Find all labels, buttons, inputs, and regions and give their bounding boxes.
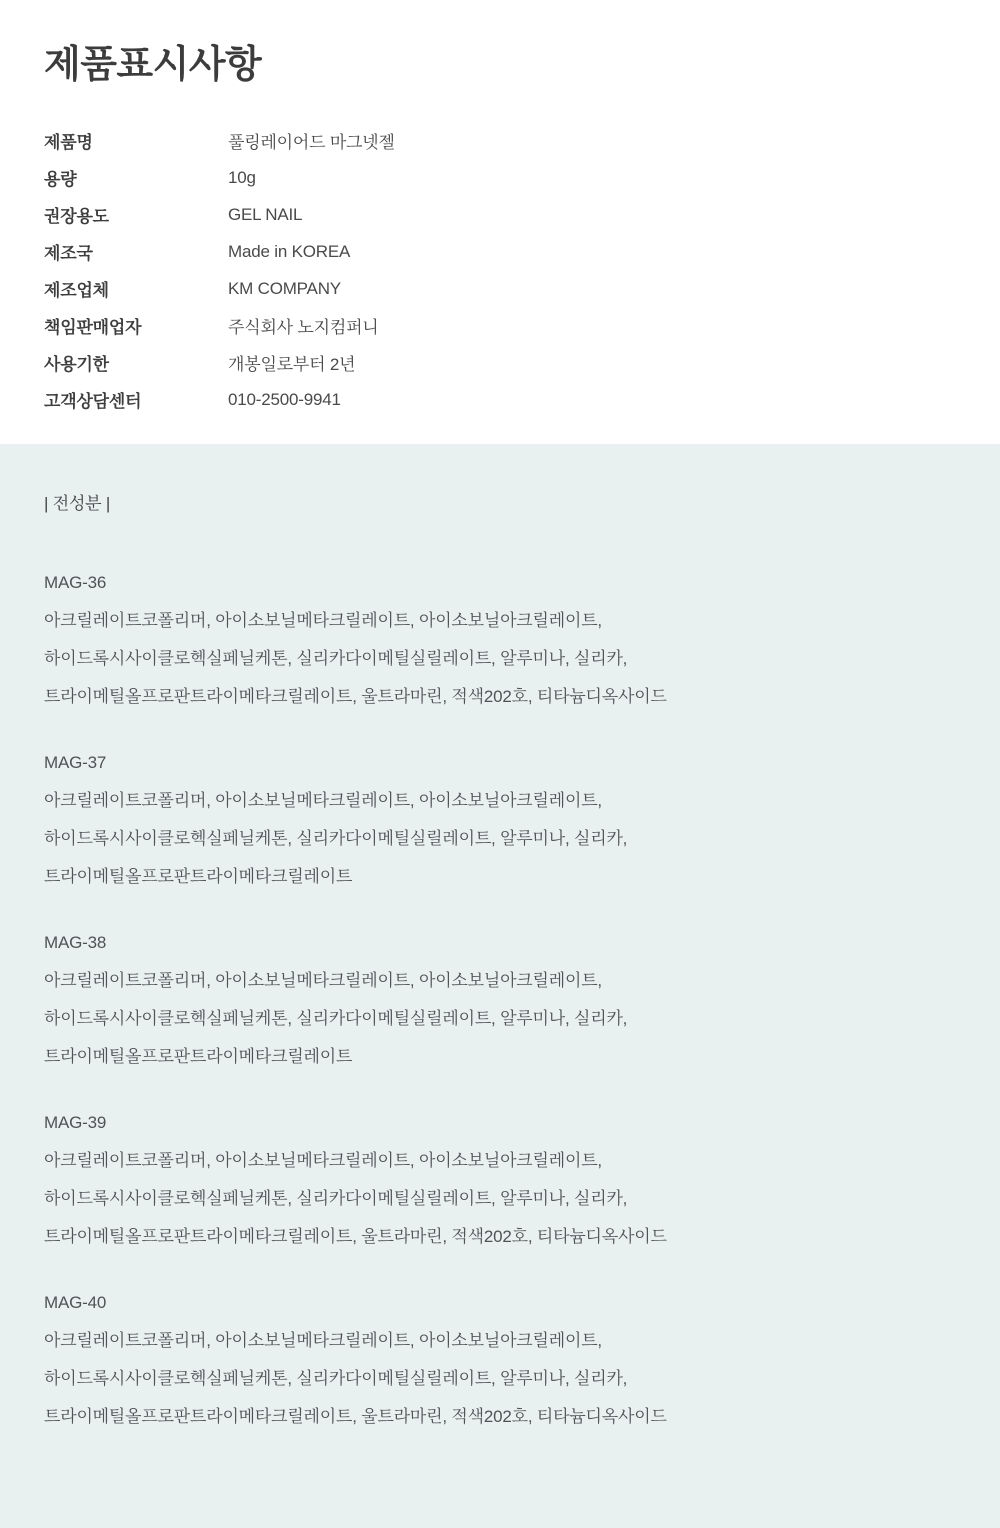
product-spec-table: 제품명 풀링레이어드 마그넷젤 용량 10g 권장용도 GEL NAIL 제조국… (44, 122, 956, 418)
ingredient-line: 트라이메틸올프로판트라이메타크릴레이트, 울트라마린, 적색202호, 티타늄디… (44, 678, 956, 716)
spec-label: 사용기한 (44, 350, 228, 375)
ingredient-group-name: MAG-38 (44, 924, 956, 962)
product-detail-page: 제품표시사항 제품명 풀링레이어드 마그넷젤 용량 10g 권장용도 GEL N… (0, 0, 1000, 1528)
spec-label: 용량 (44, 165, 228, 190)
ingredient-group-mag-38: MAG-38 아크릴레이트코폴리머, 아이소보닐메타크릴레이트, 아이소보닐아크… (44, 924, 956, 1076)
ingredient-line: 아크릴레이트코폴리머, 아이소보닐메타크릴레이트, 아이소보닐아크릴레이트, (44, 1142, 956, 1180)
ingredient-group-mag-37: MAG-37 아크릴레이트코폴리머, 아이소보닐메타크릴레이트, 아이소보닐아크… (44, 744, 956, 896)
spec-row-product-name: 제품명 풀링레이어드 마그넷젤 (44, 122, 956, 159)
spec-row-volume: 용량 10g (44, 159, 956, 196)
ingredient-line: 아크릴레이트코폴리머, 아이소보닐메타크릴레이트, 아이소보닐아크릴레이트, (44, 782, 956, 820)
spec-value: 10g (228, 168, 256, 188)
spec-row-recommended-use: 권장용도 GEL NAIL (44, 196, 956, 233)
ingredient-line: 아크릴레이트코폴리머, 아이소보닐메타크릴레이트, 아이소보닐아크릴레이트, (44, 1322, 956, 1360)
ingredient-group-mag-39: MAG-39 아크릴레이트코폴리머, 아이소보닐메타크릴레이트, 아이소보닐아크… (44, 1104, 956, 1256)
spec-label: 책임판매업자 (44, 313, 228, 338)
ingredients-section: | 전성분 | MAG-36 아크릴레이트코폴리머, 아이소보닐메타크릴레이트,… (0, 444, 1000, 1528)
spec-value: GEL NAIL (228, 205, 302, 225)
spec-label: 제조국 (44, 239, 228, 264)
ingredient-line: 하이드록시사이클로헥실페닐케톤, 실리카다이메틸실릴레이트, 알루미나, 실리카… (44, 1360, 956, 1398)
ingredient-group-mag-40: MAG-40 아크릴레이트코폴리머, 아이소보닐메타크릴레이트, 아이소보닐아크… (44, 1284, 956, 1436)
spec-value: 풀링레이어드 마그넷젤 (228, 128, 395, 153)
product-spec-section: 제품표시사항 제품명 풀링레이어드 마그넷젤 용량 10g 권장용도 GEL N… (0, 0, 1000, 444)
ingredient-group-mag-36: MAG-36 아크릴레이트코폴리머, 아이소보닐메타크릴레이트, 아이소보닐아크… (44, 564, 956, 716)
spec-row-manufacturer: 제조업체 KM COMPANY (44, 270, 956, 307)
ingredient-group-name: MAG-40 (44, 1284, 956, 1322)
ingredient-line: 아크릴레이트코폴리머, 아이소보닐메타크릴레이트, 아이소보닐아크릴레이트, (44, 602, 956, 640)
ingredients-heading: | 전성분 | (44, 492, 956, 516)
ingredient-line: 트라이메틸올프로판트라이메타크릴레이트 (44, 858, 956, 896)
ingredient-group-name: MAG-37 (44, 744, 956, 782)
ingredient-line: 아크릴레이트코폴리머, 아이소보닐메타크릴레이트, 아이소보닐아크릴레이트, (44, 962, 956, 1000)
spec-row-shelf-life: 사용기한 개봉일로부터 2년 (44, 344, 956, 381)
ingredient-group-name: MAG-36 (44, 564, 956, 602)
spec-value: KM COMPANY (228, 279, 341, 299)
ingredient-line: 하이드록시사이클로헥실페닐케톤, 실리카다이메틸실릴레이트, 알루미나, 실리카… (44, 820, 956, 858)
spec-row-responsible-seller: 책임판매업자 주식회사 노지컴퍼니 (44, 307, 956, 344)
spec-row-country-of-origin: 제조국 Made in KOREA (44, 233, 956, 270)
ingredient-line: 트라이메틸올프로판트라이메타크릴레이트 (44, 1038, 956, 1076)
spec-row-customer-center: 고객상담센터 010-2500-9941 (44, 381, 956, 418)
ingredient-group-name: MAG-39 (44, 1104, 956, 1142)
spec-label: 제품명 (44, 128, 228, 153)
spec-value: 010-2500-9941 (228, 390, 341, 410)
ingredient-line: 하이드록시사이클로헥실페닐케톤, 실리카다이메틸실릴레이트, 알루미나, 실리카… (44, 640, 956, 678)
ingredient-line: 트라이메틸올프로판트라이메타크릴레이트, 울트라마린, 적색202호, 티타늄디… (44, 1218, 956, 1256)
page-title: 제품표시사항 (44, 42, 956, 88)
spec-value: 주식회사 노지컴퍼니 (228, 313, 379, 338)
ingredient-line: 트라이메틸올프로판트라이메타크릴레이트, 울트라마린, 적색202호, 티타늄디… (44, 1398, 956, 1436)
spec-label: 고객상담센터 (44, 387, 228, 412)
ingredient-line: 하이드록시사이클로헥실페닐케톤, 실리카다이메틸실릴레이트, 알루미나, 실리카… (44, 1180, 956, 1218)
spec-label: 제조업체 (44, 276, 228, 301)
spec-value: Made in KOREA (228, 242, 350, 262)
spec-value: 개봉일로부터 2년 (228, 350, 355, 375)
spec-label: 권장용도 (44, 202, 228, 227)
ingredient-line: 하이드록시사이클로헥실페닐케톤, 실리카다이메틸실릴레이트, 알루미나, 실리카… (44, 1000, 956, 1038)
